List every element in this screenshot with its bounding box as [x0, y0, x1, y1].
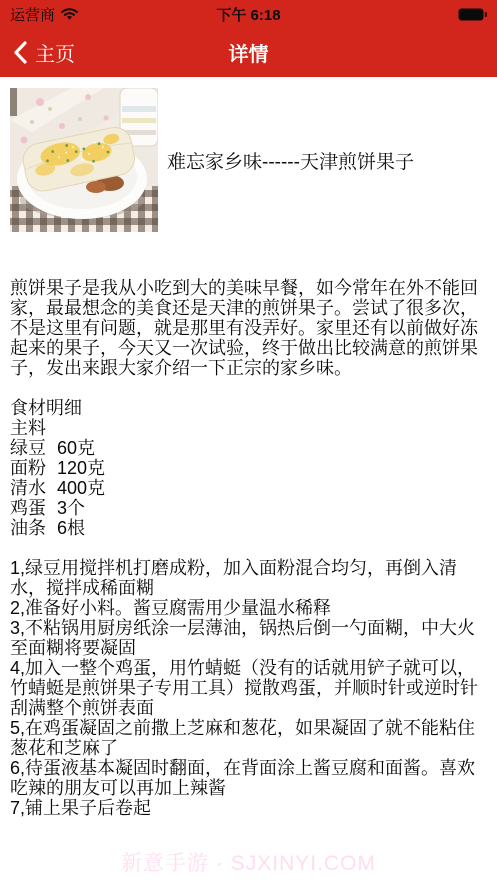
nav-bar: 主页 详情 [0, 28, 497, 77]
recipe-photo [10, 88, 158, 232]
ingredients-section: 食材明细 主料 绿豆 60克 面粉 120克 清水 400克 鸡蛋 3个 油条 … [10, 398, 487, 538]
step-item: 6,待蛋液基本凝固时翻面，在背面涂上酱豆腐和面酱。喜欢吃辣的朋友可以再加上辣酱 [10, 758, 487, 798]
status-bar: 运营商 下午 6:18 [0, 0, 497, 28]
site-watermark: 新意手游 · SJXINYI.COM [0, 847, 497, 877]
battery-icon [458, 8, 487, 21]
step-item: 4,加入一整个鸡蛋，用竹蜻蜓（没有的话就用铲子就可以，竹蜻蜓是煎饼果子专用工具）… [10, 658, 487, 718]
back-button-label: 主页 [35, 38, 75, 67]
article-title: 难忘家乡味------天津煎饼果子 [158, 147, 414, 174]
ingredients-group-title: 主料 [10, 418, 487, 438]
ingredient-name: 面粉 [10, 458, 46, 478]
ingredients-section-title: 食材明细 [10, 398, 487, 418]
ingredient-amount: 6根 [57, 518, 85, 538]
ingredient-name: 绿豆 [10, 438, 46, 458]
ingredient-amount: 60克 [57, 438, 95, 458]
ingredient-row: 鸡蛋 3个 [10, 498, 487, 518]
ingredient-amount: 400克 [57, 478, 105, 498]
ingredient-row: 面粉 120克 [10, 458, 487, 478]
ingredient-row: 清水 400克 [10, 478, 487, 498]
article-content: 难忘家乡味------天津煎饼果子 煎饼果子是我从小吃到大的美味早餐，如今常年在… [0, 77, 497, 818]
ingredient-amount: 120克 [57, 458, 105, 478]
ingredient-name: 清水 [10, 478, 46, 498]
ingredient-row: 绿豆 60克 [10, 438, 487, 458]
step-item: 5,在鸡蛋凝固之前撒上芝麻和葱花，如果凝固了就不能粘住葱花和芝麻了 [10, 718, 487, 758]
step-item: 3,不粘锅用厨房纸涂一层薄油，锅热后倒一勺面糊，中大火至面糊将要凝固 [10, 618, 487, 658]
step-item: 2,准备好小料。酱豆腐需用少量温水稀释 [10, 598, 487, 618]
article-header: 难忘家乡味------天津煎饼果子 [10, 88, 487, 232]
steps-section: 1,绿豆用搅拌机打磨成粉，加入面粉混合均匀，再倒入清水，搅拌成稀面糊 2,准备好… [10, 558, 487, 818]
chevron-left-icon [13, 41, 27, 64]
ingredient-amount: 3个 [57, 498, 85, 518]
ingredient-name: 鸡蛋 [10, 498, 46, 518]
step-item: 1,绿豆用搅拌机打磨成粉，加入面粉混合均匀，再倒入清水，搅拌成稀面糊 [10, 558, 487, 598]
ingredient-name: 油条 [10, 518, 46, 538]
back-button[interactable]: 主页 [13, 38, 75, 67]
status-time: 下午 6:18 [0, 4, 497, 25]
ingredient-row: 油条 6根 [10, 518, 487, 538]
article-intro: 煎饼果子是我从小吃到大的美味早餐，如今常年在外不能回家，最最想念的美食还是天津的… [10, 278, 487, 378]
step-item: 7,铺上果子后卷起 [10, 798, 487, 818]
